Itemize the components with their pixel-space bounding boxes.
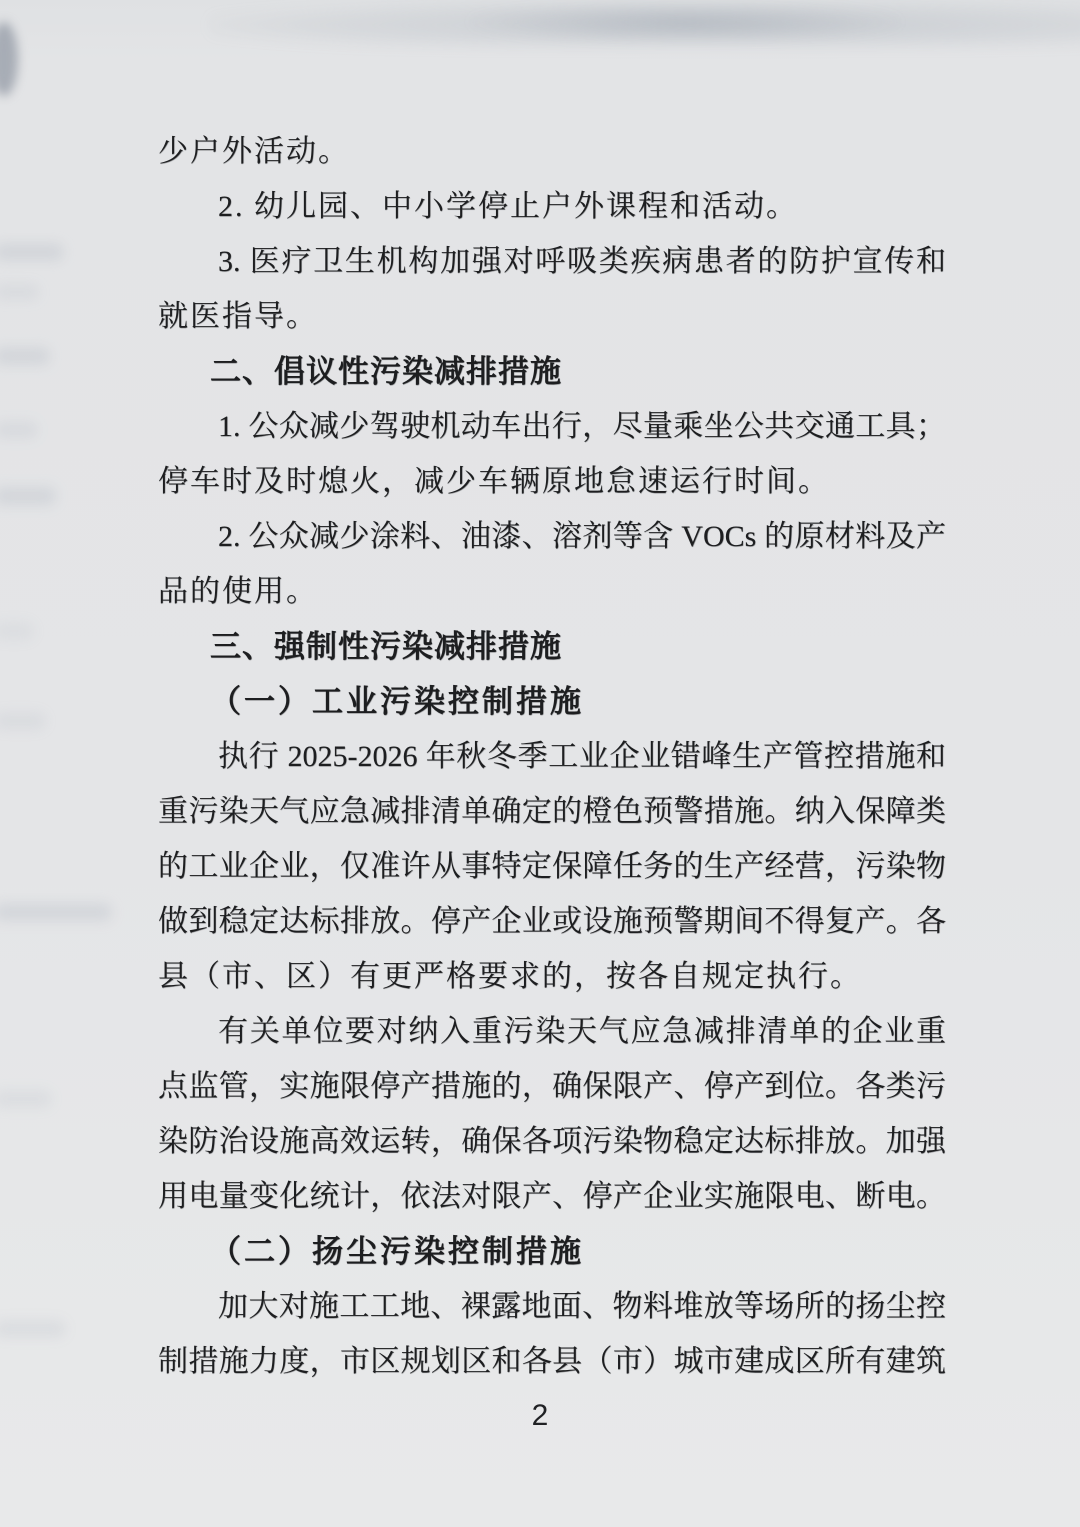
body-line: 品的使用。 xyxy=(158,564,946,619)
subsection-heading-2: （二）扬尘污染控制措施 xyxy=(158,1224,946,1279)
scan-bleed-band xyxy=(0,712,46,730)
list-item: 1. 公众减少驾驶机动车出行，尽量乘坐公共交通工具； xyxy=(158,399,946,454)
body-line: 做到稳定达标排放。停产企业或设施预警期间不得复产。各 xyxy=(158,894,946,949)
body-line: 重污染天气应急减排清单确定的橙色预警措施。纳入保障类 xyxy=(158,784,946,839)
body-line: 有关单位要对纳入重污染天气应急减排清单的企业重 xyxy=(158,1004,946,1059)
scanned-document-page: 少户外活动。 2. 幼儿园、中小学停止户外课程和活动。 3. 医疗卫生机构加强对… xyxy=(0,0,1080,1527)
scan-bleed-band xyxy=(0,1090,52,1108)
body-line: 制措施力度，市区规划区和各县（市）城市建成区所有建筑 xyxy=(158,1334,946,1389)
scan-smudge-corner xyxy=(0,22,18,96)
body-line: 加大对施工工地、裸露地面、物料堆放等场所的扬尘控 xyxy=(158,1279,946,1334)
scan-bleed-band xyxy=(0,243,64,261)
scan-bleed-band xyxy=(0,283,40,301)
body-line: 县（市、区）有更严格要求的，按各自规定执行。 xyxy=(158,949,946,1004)
body-line: 点监管，实施限停产措施的，确保限产、停产到位。各类污 xyxy=(158,1059,946,1114)
section-heading-3: 三、强制性污染减排措施 xyxy=(158,619,946,674)
body-line: 停车时及时熄火，减少车辆原地怠速运行时间。 xyxy=(158,454,946,509)
scan-bleed-band xyxy=(0,1320,66,1338)
subsection-heading-1: （一）工业污染控制措施 xyxy=(158,674,946,729)
body-line: 用电量变化统计，依法对限产、停产企业实施限电、断电。 xyxy=(158,1169,946,1224)
list-item: 2. 幼儿园、中小学停止户外课程和活动。 xyxy=(158,179,946,234)
body-line: 就医指导。 xyxy=(158,289,946,344)
body-line: 染防治设施高效运转，确保各项污染物稳定达标排放。加强 xyxy=(158,1114,946,1169)
list-item: 2. 公众减少涂料、油漆、溶剂等含 VOCs 的原材料及产 xyxy=(158,509,946,564)
section-heading-2: 二、倡议性污染减排措施 xyxy=(158,344,946,399)
scan-smudge-top-2 xyxy=(470,2,900,42)
body-line: 执行 2025-2026 年秋冬季工业企业错峰生产管控措施和 xyxy=(158,729,946,784)
scan-bleed-band xyxy=(0,903,112,921)
page-number: 2 xyxy=(0,1395,1080,1437)
body-line: 的工业企业，仅准许从事特定保障任务的生产经营，污染物 xyxy=(158,839,946,894)
body-line: 少户外活动。 xyxy=(158,124,946,179)
scan-bleed-band xyxy=(0,421,38,439)
scan-bleed-band xyxy=(0,487,56,505)
scan-bleed-band xyxy=(0,622,34,640)
list-item: 3. 医疗卫生机构加强对呼吸类疾病患者的防护宣传和 xyxy=(158,234,946,289)
scan-smudge-top xyxy=(210,0,1080,46)
scan-bleed-band xyxy=(0,347,50,365)
document-text-block: 少户外活动。 2. 幼儿园、中小学停止户外课程和活动。 3. 医疗卫生机构加强对… xyxy=(158,124,946,1389)
